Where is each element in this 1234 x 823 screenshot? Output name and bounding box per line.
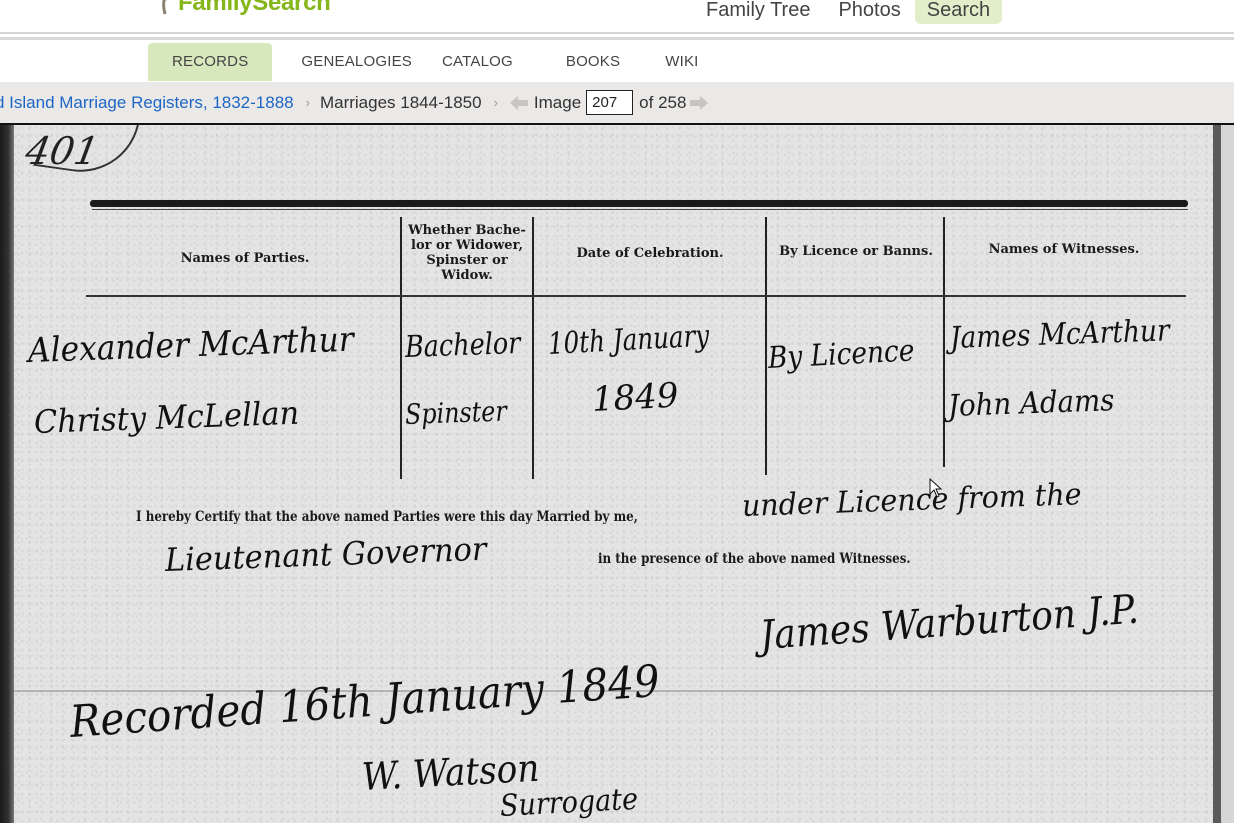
certify-handwritten-2: Lieutenant Governor bbox=[164, 530, 487, 579]
image-label: Image bbox=[534, 93, 581, 113]
officiant-signature: James Warburton J.P. bbox=[758, 587, 1140, 659]
condition-2: Spinster bbox=[404, 394, 507, 431]
page-number: 401 bbox=[22, 129, 102, 173]
top-header: FamilySearch Family Tree Photos Search bbox=[0, 0, 1234, 32]
arrow-right-icon[interactable] bbox=[690, 96, 708, 110]
tab-records[interactable]: RECORDS bbox=[148, 43, 272, 81]
header-line: lor or Widower, bbox=[402, 238, 532, 253]
top-nav: Family Tree Photos Search bbox=[692, 0, 1002, 24]
header-bottom-rule bbox=[86, 295, 1186, 297]
condition-1: Bachelor bbox=[404, 326, 521, 365]
party-1-name: Alexander McArthur bbox=[27, 320, 354, 371]
tab-wiki[interactable]: WIKI bbox=[644, 43, 722, 81]
tab-genealogies[interactable]: GENEALOGIES bbox=[272, 43, 418, 81]
top-nav-photos[interactable]: Photos bbox=[824, 0, 914, 24]
page-right-margin bbox=[1221, 125, 1234, 823]
column-header-witnesses: Names of Witnesses. bbox=[948, 242, 1180, 257]
certify-statement: I hereby Certify that the above named Pa… bbox=[136, 509, 638, 525]
record-image-viewer[interactable]: 401 Names of Parties. Whether Bache- lor… bbox=[0, 125, 1234, 823]
column-divider bbox=[532, 217, 534, 479]
recorded-note: Recorded 16th January 1849 bbox=[68, 656, 661, 748]
top-nav-search[interactable]: Search bbox=[915, 0, 1002, 24]
breadcrumb-separator: › bbox=[494, 95, 498, 110]
header-divider bbox=[0, 32, 1234, 34]
certify-handwritten: under Licence from the bbox=[741, 477, 1082, 524]
breadcrumb-volume: Marriages 1844-1850 bbox=[320, 93, 482, 113]
image-number-input[interactable] bbox=[586, 90, 633, 115]
column-header-names: Names of Parties. bbox=[150, 251, 340, 266]
mouse-pointer-icon bbox=[929, 478, 943, 498]
header-line: Whether Bache- bbox=[402, 223, 532, 238]
table-top-rule-thin bbox=[92, 209, 1188, 210]
licence-type: By Licence bbox=[767, 333, 915, 376]
logo-text: FamilySearch bbox=[178, 0, 330, 17]
witness-1: James McArthur bbox=[949, 313, 1170, 356]
tab-catalog[interactable]: CATALOG bbox=[418, 43, 537, 81]
tab-books[interactable]: BOOKS bbox=[537, 43, 644, 81]
header-line: Spinster or bbox=[402, 253, 532, 268]
page-binding-edge bbox=[0, 125, 14, 823]
arrow-left-icon[interactable] bbox=[510, 96, 528, 110]
table-top-rule bbox=[90, 200, 1188, 207]
column-header-licence: By Licence or Banns. bbox=[768, 244, 944, 259]
marriage-date: 10th January bbox=[547, 319, 710, 362]
breadcrumb-collection-link[interactable]: d Island Marriage Registers, 1832-1888 bbox=[0, 93, 294, 113]
header-line: Widow. bbox=[402, 268, 532, 283]
page-right-border bbox=[1213, 125, 1221, 823]
column-header-condition: Whether Bache- lor or Widower, Spinster … bbox=[402, 223, 532, 283]
tree-leaf-icon bbox=[160, 0, 174, 16]
column-header-date: Date of Celebration. bbox=[540, 246, 760, 261]
registrar-title: Surrogate bbox=[499, 782, 639, 823]
image-total: of 258 bbox=[639, 93, 686, 113]
search-subnav: RECORDS GENEALOGIES CATALOG BOOKS WIKI bbox=[0, 40, 1234, 82]
marriage-year: 1849 bbox=[591, 375, 680, 419]
witness-2: John Adams bbox=[947, 383, 1115, 424]
familysearch-logo[interactable]: FamilySearch bbox=[160, 0, 330, 18]
breadcrumb: d Island Marriage Registers, 1832-1888 ›… bbox=[0, 82, 1234, 123]
breadcrumb-separator: › bbox=[306, 95, 310, 110]
presence-statement: in the presence of the above named Witne… bbox=[598, 551, 911, 567]
party-2-name: Christy McLellan bbox=[33, 394, 299, 441]
top-nav-family-tree[interactable]: Family Tree bbox=[692, 0, 824, 24]
